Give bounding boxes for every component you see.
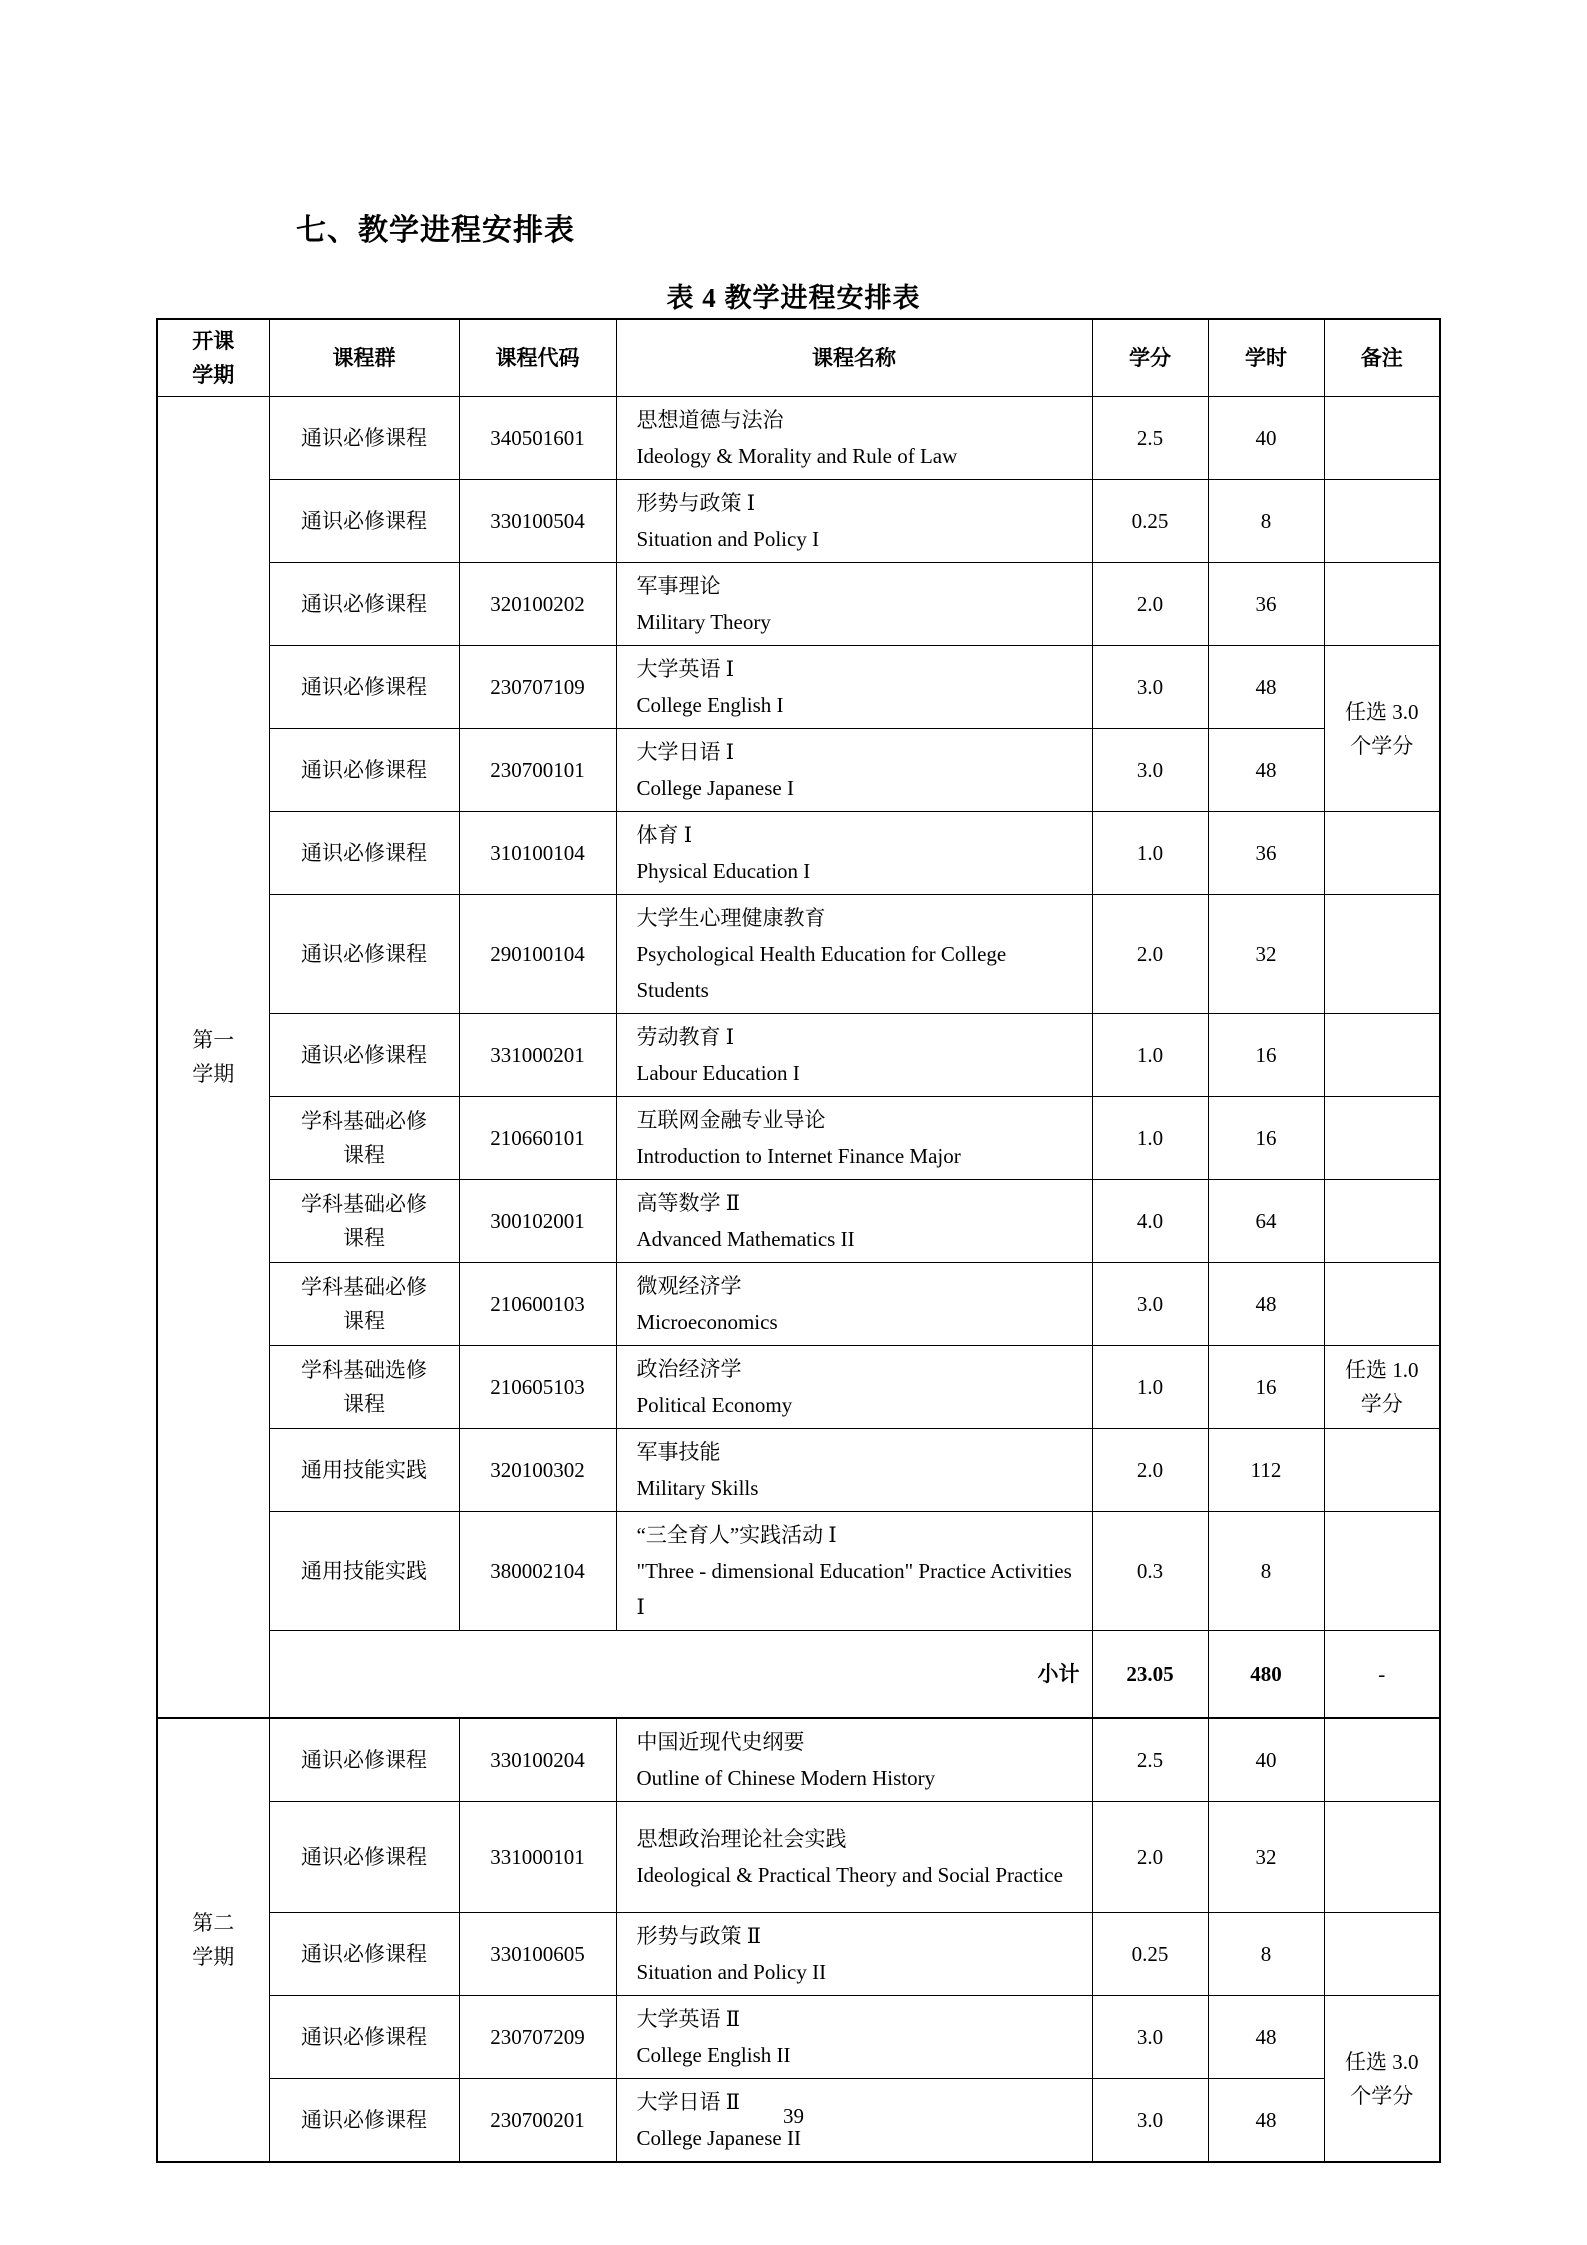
subtotal-note-cell: -	[1324, 1631, 1440, 1719]
name-cell: 体育 ⅠPhysical Education I	[616, 812, 1092, 895]
group-cell: 通识必修课程	[269, 646, 459, 729]
header-cell-credits: 学分	[1092, 319, 1208, 397]
note-cell	[1324, 1180, 1440, 1263]
hours-cell: 36	[1208, 812, 1324, 895]
note-cell	[1324, 1097, 1440, 1180]
name-cell: “三全育人”实践活动 Ⅰ"Three - dimensional Educati…	[616, 1512, 1092, 1631]
group-cell: 通识必修课程	[269, 563, 459, 646]
credits-cell: 1.0	[1092, 1014, 1208, 1097]
name-cell: 军事理论Military Theory	[616, 563, 1092, 646]
credits-cell: 3.0	[1092, 729, 1208, 812]
code-cell: 331000101	[459, 1802, 616, 1913]
note-cell	[1324, 563, 1440, 646]
hours-cell: 36	[1208, 563, 1324, 646]
course-row: 第二 学期通识必修课程330100204中国近现代史纲要Outline of C…	[157, 1718, 1440, 1802]
credits-cell: 1.0	[1092, 1097, 1208, 1180]
code-cell: 320100302	[459, 1429, 616, 1512]
code-cell: 330100504	[459, 480, 616, 563]
code-cell: 310100104	[459, 812, 616, 895]
credits-cell: 0.3	[1092, 1512, 1208, 1631]
course-name-zh: 劳动教育 Ⅰ	[637, 1019, 1082, 1055]
course-name-zh: 大学日语 Ⅰ	[637, 734, 1082, 770]
name-cell: 中国近现代史纲要Outline of Chinese Modern Histor…	[616, 1718, 1092, 1802]
course-name-zh: 体育 Ⅰ	[637, 817, 1082, 853]
credits-cell: 2.0	[1092, 1429, 1208, 1512]
subtotal-hours-cell: 480	[1208, 1631, 1324, 1719]
name-cell: 大学日语 ⅠCollege Japanese I	[616, 729, 1092, 812]
name-cell: 思想道德与法治Ideology & Morality and Rule of L…	[616, 397, 1092, 480]
group-cell: 通识必修课程	[269, 729, 459, 812]
note-cell	[1324, 1512, 1440, 1631]
credits-cell: 3.0	[1092, 1263, 1208, 1346]
table-caption: 表 4 教学进程安排表	[0, 276, 1587, 315]
course-row: 学科基础必修 课程210600103微观经济学Microeconomics3.0…	[157, 1263, 1440, 1346]
semester-cell: 第一 学期	[157, 397, 269, 1719]
code-cell: 210660101	[459, 1097, 616, 1180]
course-row: 通识必修课程230707209大学英语 ⅡCollege English II3…	[157, 1996, 1440, 2079]
credits-cell: 0.25	[1092, 480, 1208, 563]
table-header: 开课 学期 课程群 课程代码 课程名称 学分 学时 备注	[157, 319, 1440, 397]
course-name-en: Advanced Mathematics II	[637, 1221, 1082, 1257]
hours-cell: 16	[1208, 1346, 1324, 1429]
course-row: 通识必修课程290100104大学生心理健康教育Psychological He…	[157, 895, 1440, 1014]
course-row: 学科基础必修 课程300102001高等数学 ⅡAdvanced Mathema…	[157, 1180, 1440, 1263]
course-name-en: Military Theory	[637, 604, 1082, 640]
course-name-zh: “三全育人”实践活动 Ⅰ	[637, 1517, 1082, 1553]
hours-cell: 16	[1208, 1097, 1324, 1180]
course-name-en: Ideology & Morality and Rule of Law	[637, 438, 1082, 474]
hours-cell: 40	[1208, 1718, 1324, 1802]
code-cell: 330100605	[459, 1913, 616, 1996]
name-cell: 形势与政策 ⅡSituation and Policy II	[616, 1913, 1092, 1996]
course-name-en: Situation and Policy II	[637, 1954, 1082, 1990]
note-cell	[1324, 1429, 1440, 1512]
credits-cell: 0.25	[1092, 1913, 1208, 1996]
schedule-table: 开课 学期 课程群 课程代码 课程名称 学分 学时 备注 第一 学期通识必修课程…	[156, 318, 1441, 2163]
code-cell: 331000201	[459, 1014, 616, 1097]
name-cell: 互联网金融专业导论Introduction to Internet Financ…	[616, 1097, 1092, 1180]
group-cell: 通识必修课程	[269, 1802, 459, 1913]
subtotal-credits-cell: 23.05	[1092, 1631, 1208, 1719]
code-cell: 300102001	[459, 1180, 616, 1263]
course-name-en: Psychological Health Education for Colle…	[637, 936, 1082, 1008]
note-cell	[1324, 1263, 1440, 1346]
hours-cell: 112	[1208, 1429, 1324, 1512]
code-cell: 330100204	[459, 1718, 616, 1802]
code-cell: 320100202	[459, 563, 616, 646]
course-name-zh: 形势与政策 Ⅱ	[637, 1918, 1082, 1954]
group-cell: 通识必修课程	[269, 480, 459, 563]
header-row: 开课 学期 课程群 课程代码 课程名称 学分 学时 备注	[157, 319, 1440, 397]
credits-cell: 2.0	[1092, 563, 1208, 646]
course-row: 通识必修课程310100104体育 ⅠPhysical Education I1…	[157, 812, 1440, 895]
credits-cell: 2.0	[1092, 1802, 1208, 1913]
group-cell: 学科基础必修 课程	[269, 1097, 459, 1180]
course-name-zh: 互联网金融专业导论	[637, 1102, 1082, 1138]
course-row: 通识必修课程230707109大学英语 ⅠCollege English I3.…	[157, 646, 1440, 729]
hours-cell: 8	[1208, 1913, 1324, 1996]
code-cell: 340501601	[459, 397, 616, 480]
hours-cell: 32	[1208, 1802, 1324, 1913]
course-name-zh: 大学英语 Ⅱ	[637, 2001, 1082, 2037]
course-row: 通识必修课程330100605形势与政策 ⅡSituation and Poli…	[157, 1913, 1440, 1996]
name-cell: 大学英语 ⅡCollege English II	[616, 1996, 1092, 2079]
name-cell: 劳动教育 ⅠLabour Education I	[616, 1014, 1092, 1097]
credits-cell: 3.0	[1092, 646, 1208, 729]
document-page: 七、教学进程安排表 表 4 教学进程安排表 开课 学期 课程群 课程代码 课程名…	[0, 0, 1587, 2245]
note-cell	[1324, 1913, 1440, 1996]
course-name-en: Ideological & Practical Theory and Socia…	[637, 1857, 1082, 1893]
group-cell: 通识必修课程	[269, 397, 459, 480]
course-name-zh: 大学英语 Ⅰ	[637, 651, 1082, 687]
course-name-zh: 大学生心理健康教育	[637, 900, 1082, 936]
course-name-en: College English II	[637, 2037, 1082, 2073]
semester-cell: 第二 学期	[157, 1718, 269, 2162]
course-row: 通用技能实践380002104“三全育人”实践活动 Ⅰ"Three - dime…	[157, 1512, 1440, 1631]
note-cell	[1324, 1718, 1440, 1802]
note-cell	[1324, 1014, 1440, 1097]
code-cell: 290100104	[459, 895, 616, 1014]
note-cell	[1324, 397, 1440, 480]
course-name-zh: 思想道德与法治	[637, 402, 1082, 438]
credits-cell: 1.0	[1092, 812, 1208, 895]
header-cell-remarks: 备注	[1324, 319, 1440, 397]
course-row: 通识必修课程320100202军事理论Military Theory2.036	[157, 563, 1440, 646]
page-number: 39	[0, 2104, 1587, 2129]
course-row: 学科基础选修 课程210605103政治经济学Political Economy…	[157, 1346, 1440, 1429]
course-name-en: Physical Education I	[637, 853, 1082, 889]
note-cell: 任选 1.0 学分	[1324, 1346, 1440, 1429]
course-name-en: Military Skills	[637, 1470, 1082, 1506]
course-name-zh: 军事技能	[637, 1434, 1082, 1470]
code-cell: 210600103	[459, 1263, 616, 1346]
subtotal-row: 小计23.05480-	[157, 1631, 1440, 1719]
hours-cell: 8	[1208, 1512, 1324, 1631]
credits-cell: 3.0	[1092, 1996, 1208, 2079]
header-cell-semester: 开课 学期	[157, 319, 269, 397]
group-cell: 通识必修课程	[269, 1996, 459, 2079]
note-cell	[1324, 1802, 1440, 1913]
note-cell: 任选 3.0 个学分	[1324, 1996, 1440, 2163]
code-cell: 380002104	[459, 1512, 616, 1631]
credits-cell: 2.5	[1092, 397, 1208, 480]
section-heading: 七、教学进程安排表	[296, 205, 575, 249]
course-name-en: Labour Education I	[637, 1055, 1082, 1091]
hours-cell: 48	[1208, 729, 1324, 812]
course-row: 学科基础必修 课程210660101互联网金融专业导论Introduction …	[157, 1097, 1440, 1180]
course-name-en: Introduction to Internet Finance Major	[637, 1138, 1082, 1174]
name-cell: 大学生心理健康教育Psychological Health Education …	[616, 895, 1092, 1014]
hours-cell: 48	[1208, 646, 1324, 729]
hours-cell: 48	[1208, 1263, 1324, 1346]
name-cell: 政治经济学Political Economy	[616, 1346, 1092, 1429]
hours-cell: 32	[1208, 895, 1324, 1014]
course-row: 通识必修课程331000101思想政治理论社会实践Ideological & P…	[157, 1802, 1440, 1913]
code-cell: 210605103	[459, 1346, 616, 1429]
group-cell: 学科基础选修 课程	[269, 1346, 459, 1429]
note-cell	[1324, 812, 1440, 895]
group-cell: 通识必修课程	[269, 812, 459, 895]
hours-cell: 64	[1208, 1180, 1324, 1263]
credits-cell: 1.0	[1092, 1346, 1208, 1429]
course-name-en: College English I	[637, 687, 1082, 723]
credits-cell: 4.0	[1092, 1180, 1208, 1263]
course-row: 通识必修课程330100504形势与政策 ⅠSituation and Poli…	[157, 480, 1440, 563]
note-cell	[1324, 895, 1440, 1014]
table-body: 第一 学期通识必修课程340501601思想道德与法治Ideology & Mo…	[157, 397, 1440, 2163]
course-name-zh: 政治经济学	[637, 1351, 1082, 1387]
course-row: 第一 学期通识必修课程340501601思想道德与法治Ideology & Mo…	[157, 397, 1440, 480]
course-name-zh: 中国近现代史纲要	[637, 1724, 1082, 1760]
credits-cell: 2.5	[1092, 1718, 1208, 1802]
course-name-zh: 军事理论	[637, 568, 1082, 604]
course-name-en: Situation and Policy I	[637, 521, 1082, 557]
name-cell: 军事技能Military Skills	[616, 1429, 1092, 1512]
name-cell: 形势与政策 ⅠSituation and Policy I	[616, 480, 1092, 563]
group-cell: 通用技能实践	[269, 1429, 459, 1512]
course-name-zh: 高等数学 Ⅱ	[637, 1185, 1082, 1221]
note-cell: 任选 3.0 个学分	[1324, 646, 1440, 812]
course-row: 通用技能实践320100302军事技能Military Skills2.0112	[157, 1429, 1440, 1512]
course-row: 通识必修课程331000201劳动教育 ⅠLabour Education I1…	[157, 1014, 1440, 1097]
course-name-en: Microeconomics	[637, 1304, 1082, 1340]
name-cell: 思想政治理论社会实践Ideological & Practical Theory…	[616, 1802, 1092, 1913]
hours-cell: 48	[1208, 1996, 1324, 2079]
group-cell: 学科基础必修 课程	[269, 1263, 459, 1346]
course-row: 通识必修课程230700101大学日语 ⅠCollege Japanese I3…	[157, 729, 1440, 812]
course-name-zh: 微观经济学	[637, 1268, 1082, 1304]
hours-cell: 40	[1208, 397, 1324, 480]
hours-cell: 8	[1208, 480, 1324, 563]
course-name-en: Political Economy	[637, 1387, 1082, 1423]
name-cell: 微观经济学Microeconomics	[616, 1263, 1092, 1346]
header-cell-course-code: 课程代码	[459, 319, 616, 397]
name-cell: 大学英语 ⅠCollege English I	[616, 646, 1092, 729]
header-cell-course-name: 课程名称	[616, 319, 1092, 397]
code-cell: 230707109	[459, 646, 616, 729]
course-name-zh: 思想政治理论社会实践	[637, 1821, 1082, 1857]
code-cell: 230700101	[459, 729, 616, 812]
code-cell: 230707209	[459, 1996, 616, 2079]
group-cell: 学科基础必修 课程	[269, 1180, 459, 1263]
group-cell: 通识必修课程	[269, 1913, 459, 1996]
header-cell-hours: 学时	[1208, 319, 1324, 397]
group-cell: 通识必修课程	[269, 895, 459, 1014]
course-name-en: Outline of Chinese Modern History	[637, 1760, 1082, 1796]
header-cell-course-group: 课程群	[269, 319, 459, 397]
course-name-en: College Japanese I	[637, 770, 1082, 806]
group-cell: 通用技能实践	[269, 1512, 459, 1631]
subtotal-label-cell: 小计	[269, 1631, 1092, 1719]
name-cell: 高等数学 ⅡAdvanced Mathematics II	[616, 1180, 1092, 1263]
group-cell: 通识必修课程	[269, 1014, 459, 1097]
course-name-zh: 形势与政策 Ⅰ	[637, 485, 1082, 521]
hours-cell: 16	[1208, 1014, 1324, 1097]
group-cell: 通识必修课程	[269, 1718, 459, 1802]
course-name-en: "Three - dimensional Education" Practice…	[637, 1553, 1082, 1625]
credits-cell: 2.0	[1092, 895, 1208, 1014]
note-cell	[1324, 480, 1440, 563]
